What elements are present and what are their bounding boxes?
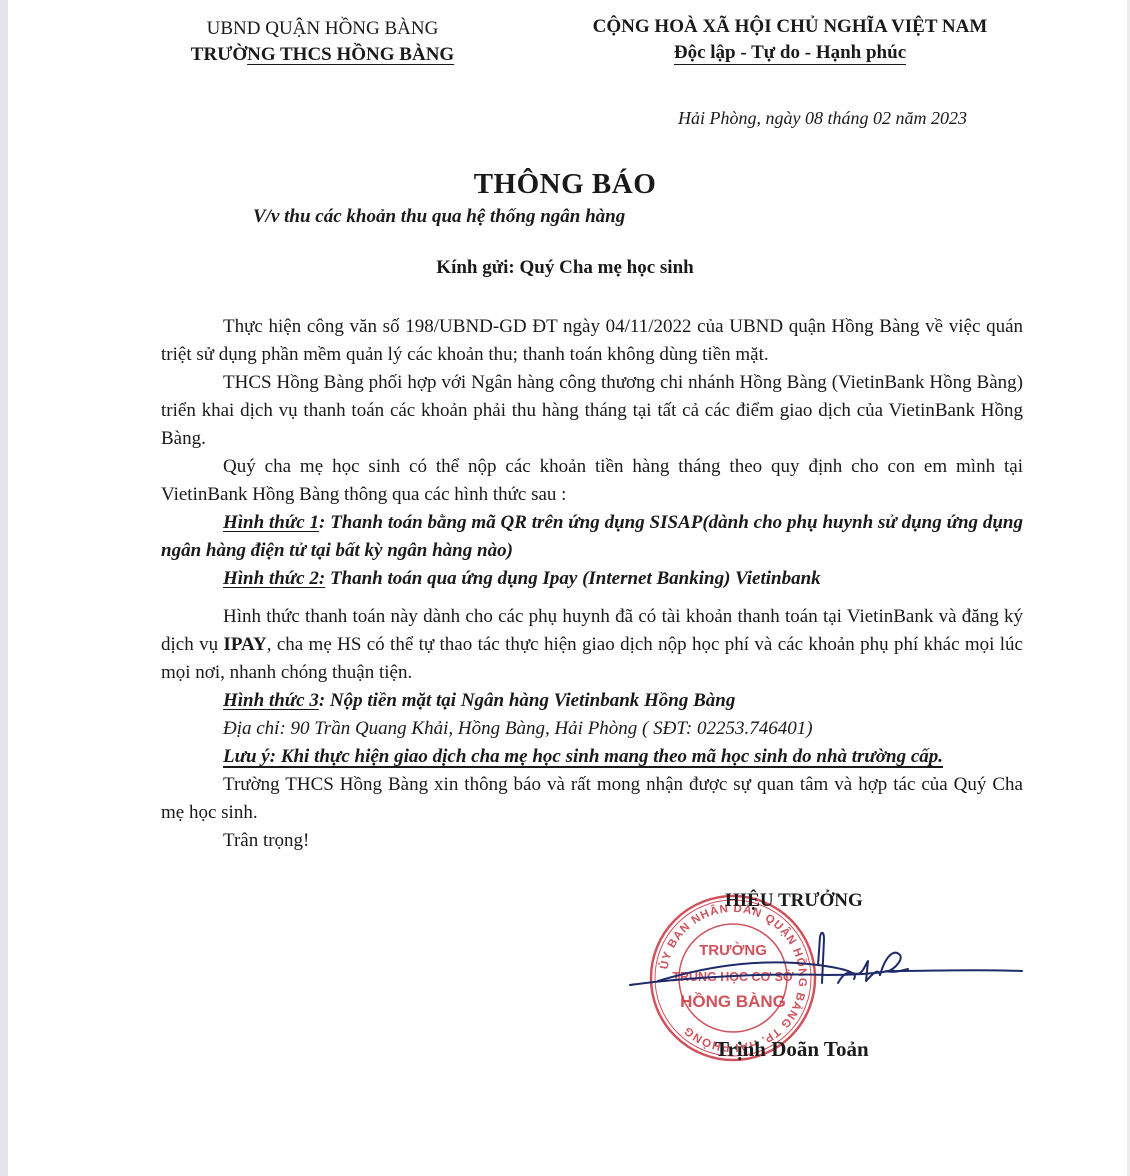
- paragraph-thanks: Trường THCS Hồng Bàng xin thông báo và r…: [161, 771, 1023, 827]
- document-subject: V/v thu các khoản thu qua hệ thống ngân …: [253, 206, 625, 228]
- signer-name: Trịnh Doãn Toản: [715, 1037, 869, 1062]
- bank-address: Địa chỉ: 90 Trần Quang Khải, Hồng Bàng, …: [161, 715, 1023, 743]
- handwritten-signature: [628, 925, 1028, 995]
- note: Lưu ý: Khi thực hiện giao dịch cha mẹ họ…: [161, 743, 1023, 771]
- paragraph-partnership: THCS Hồng Bàng phối hợp với Ngân hàng cô…: [161, 369, 1023, 453]
- method-2: Hình thức 2: Thanh toán qua ứng dụng Ipa…: [161, 565, 1023, 593]
- issuer-header: UBND QUẬN HỒNG BÀNG TRƯỜNG THCS HỒNG BÀN…: [180, 16, 465, 68]
- method-1: Hình thức 1: Thanh toán bằng mã QR trên …: [161, 509, 1023, 565]
- greeting: Kính gửi: Quý Cha mẹ học sinh: [0, 257, 1130, 279]
- document-title: THÔNG BÁO: [0, 168, 1130, 201]
- national-name: CỘNG HOÀ XÃ HỘI CHỦ NGHĨA VIỆT NAM: [585, 14, 995, 40]
- issuer-authority: UBND QUẬN HỒNG BÀNG: [180, 16, 465, 42]
- national-motto: Độc lập - Tự do - Hạnh phúc: [674, 42, 906, 65]
- closing: Trân trọng!: [161, 827, 1023, 855]
- method-3: Hình thức 3: Nộp tiền mặt tại Ngân hàng …: [161, 687, 1023, 715]
- signer-title: HIỆU TRƯỞNG: [725, 890, 863, 912]
- issuer-school: TRƯỜNG THCS HỒNG BÀNG: [180, 42, 465, 68]
- document-body: Thực hiện công văn số 198/UBND-GD ĐT ngà…: [161, 313, 1023, 855]
- paragraph-methods-intro: Quý cha mẹ học sinh có thể nộp các khoản…: [161, 453, 1023, 509]
- dateline: Hải Phòng, ngày 08 tháng 02 năm 2023: [678, 108, 967, 129]
- paragraph-reference: Thực hiện công văn số 198/UBND-GD ĐT ngà…: [161, 313, 1023, 369]
- paragraph-ipay: Hình thức thanh toán này dành cho các ph…: [161, 603, 1023, 687]
- national-header: CỘNG HOÀ XÃ HỘI CHỦ NGHĨA VIỆT NAM Độc l…: [585, 14, 995, 66]
